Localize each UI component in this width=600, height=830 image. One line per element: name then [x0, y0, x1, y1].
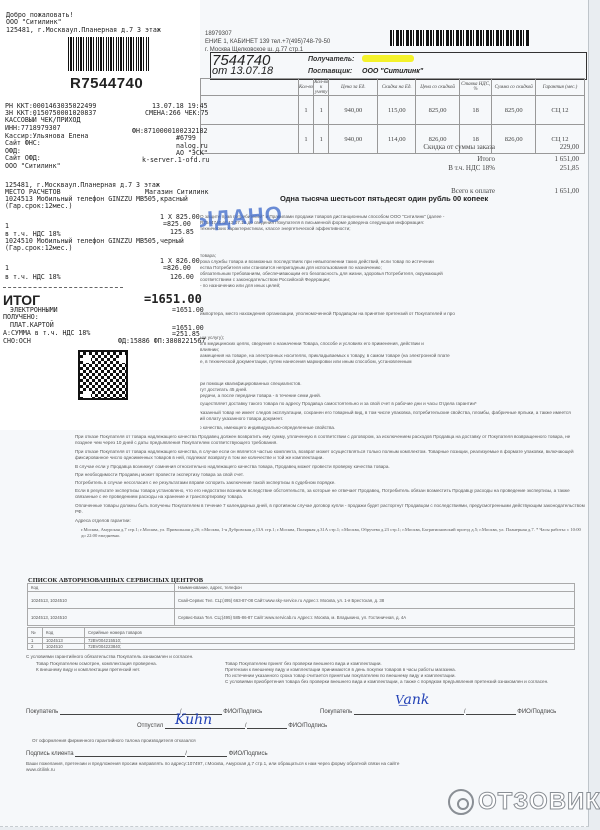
col-header: Сумма со скидкой [492, 79, 536, 96]
table-row: 11 940,00115,00 825,0018 825,00СЦ 12 [201, 96, 585, 125]
otzovik-logo-icon [448, 789, 474, 815]
discount-value: 229,00 [560, 143, 579, 151]
table-row: 1024513, 1024510Сервис-База Тел. СЦ:(495… [28, 609, 575, 626]
invoice-barcode [390, 30, 530, 46]
invoice-date: от 13.07.18 [212, 65, 273, 77]
invoice-totals: Скидка от суммы заказа229,00 Итого1 651,… [300, 143, 585, 196]
pay-value: 1 651,00 [555, 187, 580, 195]
amount-in-words: Одна тысяча шестьсот пятьдесят один рубл… [280, 194, 488, 203]
serial-numbers-table: №КодСерийные номера товаров 1102451372BV… [27, 627, 575, 650]
vat-value: 251,85 [560, 164, 579, 172]
total-value: 1 651,00 [555, 155, 580, 163]
released-signature: Отпустил / ФИО/Подпись [137, 722, 327, 729]
buyer-signature-2: Покупатель / ФИО/Подпись [320, 708, 556, 715]
discount-label: Скидка от суммы заказа [423, 143, 495, 151]
legal-block-1: товара; рока службы товара и возможных п… [200, 253, 560, 289]
receipt-order-number: R7544740 [70, 75, 143, 92]
col-header: Скидка на Ед. [378, 79, 416, 96]
col-header: Гарантия (мес.) [535, 79, 584, 96]
released-handwritten-signature: Kuhn [175, 712, 212, 728]
service-centers-table: КодНаименование, адрес, телефон 1024513,… [27, 583, 575, 626]
invoice-header: 18979307 ЕНИЕ 1, КАБИНЕТ 139 тел.+7(495)… [205, 30, 330, 54]
recipient-redacted [362, 55, 414, 62]
acceptance-right: Товар Покупателем принят без проверки вн… [225, 661, 565, 685]
supplier-label: Поставщик: [308, 68, 352, 75]
table-row: 2102451072BV004223840; [28, 644, 575, 650]
supplier-name: ООО "Ситилинк" [362, 68, 423, 75]
col-header: Цена за Ед. [329, 79, 378, 96]
receipt-address: 125481, г.Москваул.Планерная д.7 3 этаж [6, 27, 161, 34]
footer-contact: Ваши пожелания, претензии и предложения … [26, 761, 546, 773]
client-signature: Подпись клиента / ФИО/Подпись [26, 750, 268, 757]
cash-receipt: Добро пожаловать! ООО "Ситилинк" 125481,… [0, 0, 200, 430]
col-header: Кол-во [298, 79, 313, 96]
vat-label: В т.ч. НДС 18% [448, 164, 495, 172]
total-label: Итого [477, 155, 495, 163]
warranty-agree: С условиями гарантийного обязательства П… [26, 654, 536, 660]
receipt-total-value: =1651.00 [144, 292, 202, 306]
receipt-barcode [68, 37, 150, 71]
receipt-company: ООО "Ситилинк" [6, 19, 62, 26]
col-header: Кол-во к учету [314, 79, 329, 96]
legal-block-2: импортера, место нахождения организации,… [200, 311, 560, 317]
receipt-qr-code [78, 350, 128, 400]
refused-warranty-card: От оформления фирменного гарантийного та… [32, 738, 542, 744]
recipient-label: Получатель: [308, 56, 354, 63]
buyer-handwritten-signature: V͟ank [395, 692, 429, 709]
col-header: Ставка НДС, % [459, 79, 492, 96]
receipt-divider [3, 287, 123, 288]
invoice-header-line: ЕНИЕ 1, КАБИНЕТ 139 тел.+7(495)748-79-50 [205, 38, 330, 46]
otzovik-watermark: ОТЗОВИК [478, 788, 600, 816]
table-row: 1024513, 1024510Скай-Сервис Тел. СЦ:(495… [28, 592, 575, 609]
invoice-header-line: 18979307 [205, 30, 330, 38]
legal-block-3: ым услугу); а в медицинских целях, сведе… [200, 335, 560, 365]
buyer-signature-1: Покупатель / ФИО/Подпись [26, 708, 262, 715]
col-header: Цена со скидкой [416, 79, 460, 96]
acceptance-left: Товар Покупателем осмотрен, комплектация… [36, 661, 216, 673]
legal-block-4: ри помощи квалифицированных специалистов… [200, 381, 560, 399]
